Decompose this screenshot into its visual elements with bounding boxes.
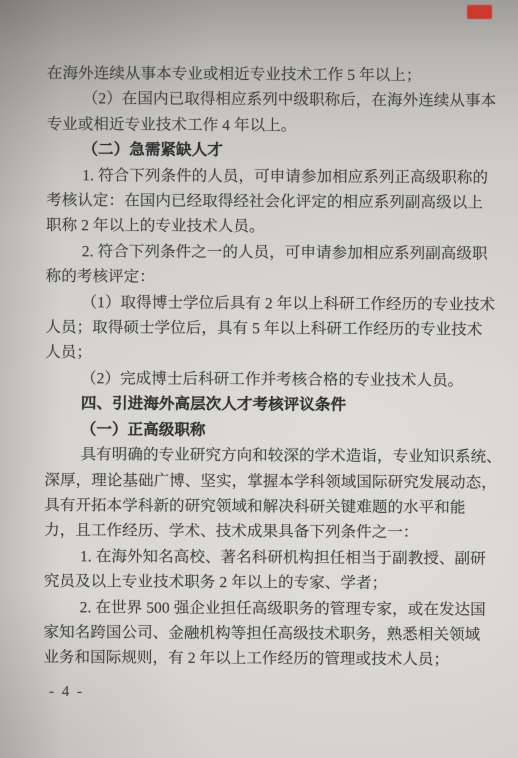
text-line: 1. 符合下列条件的人员，可申请参加相应系列正高级职称的	[46, 163, 484, 191]
text-line: （2）在国内已取得相应系列中级职称后，在海外连续从事本	[47, 86, 485, 114]
text-line: 具有开拓本学科新的研究领域和解决科研关键难题的水平和能	[44, 493, 482, 521]
text-line: 家知名跨国公司、金融机构等担任高级技术职务，熟悉相关领域	[43, 620, 481, 648]
red-stamp-mark	[467, 5, 492, 19]
heading-line: 四、引进海外高层次人才考核评议条件	[45, 391, 483, 419]
text-line: 具有明确的专业研究方向和较深的学术造诣，专业知识系统、	[45, 442, 483, 470]
heading-line: （一）正高级职称	[45, 417, 483, 445]
scanned-document-page: 在海外连续从事本专业或相近专业技术工作 5 年以上；（2）在国内已取得相应系列中…	[0, 0, 518, 758]
text-line: 称的考核评定：	[46, 264, 484, 292]
text-line: 在海外连续从事本专业或相近专业技术工作 5 年以上；	[47, 61, 485, 89]
text-line: （2）完成博士后科研工作并考核合格的专业技术人员。	[45, 366, 483, 394]
text-line: 2. 符合下列条件之一的人员，可申请参加相应系列副高级职	[46, 239, 484, 267]
text-line: 人员；	[45, 340, 483, 368]
text-line: 专业或相近专业技术工作 4 年以上。	[47, 112, 485, 140]
text-line: 考核认定：在国内已经取得经社会化评定的相应系列副高级以上	[46, 188, 484, 216]
text-line: （1）取得博士学位后具有 2 年以上科研工作经历的专业技术	[45, 290, 483, 318]
page-number: - 4 -	[49, 684, 84, 701]
heading-line: （二）急需紧缺人才	[46, 137, 484, 165]
text-line: 2. 在世界 500 强企业担任高级职务的管理专家，或在发达国	[44, 595, 482, 623]
text-line: 1. 在海外知名高校、著名科研机构担任相当于副教授、副研	[44, 544, 482, 572]
text-line: 业务和国际规则，有 2 年以上工作经历的管理或技术人员；	[43, 645, 481, 673]
document-text-block: 在海外连续从事本专业或相近专业技术工作 5 年以上；（2）在国内已取得相应系列中…	[43, 61, 485, 673]
text-line: 人员；取得硕士学位后，具有 5 年以上科研工作经历的专业技术	[45, 315, 483, 343]
text-line: 深厚，理论基础广博、坚实，掌握本学科领域国际研究发展动态，	[44, 467, 482, 495]
text-line: 职称 2 年以上的专业技术人员。	[46, 213, 484, 241]
text-line: 力，且工作经历、学术、技术成果具备下列条件之一：	[44, 518, 482, 546]
text-line: 究员及以上专业技术职务 2 年以上的专家、学者；	[44, 569, 482, 597]
